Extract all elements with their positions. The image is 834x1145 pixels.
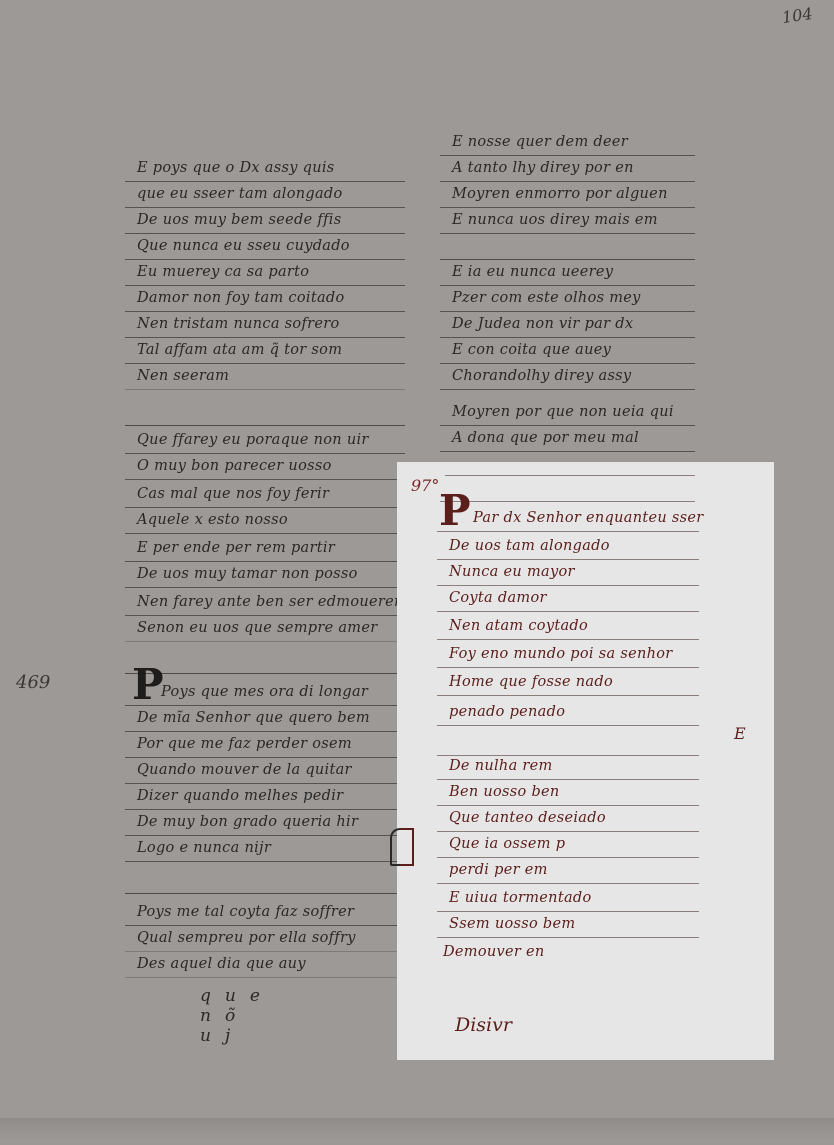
verse-line: Quando mouver de la quitar	[125, 758, 405, 784]
verse-line: Demouver en	[431, 940, 693, 966]
verse-line: Damor non foy tam coitado	[125, 286, 405, 312]
folio-number: 104	[781, 4, 814, 27]
poem-number: 97°	[411, 476, 439, 495]
verse-line: De uos muy tamar non posso	[125, 562, 405, 588]
verse-line: E ia eu nunca ueerey	[440, 260, 695, 286]
verse-line: Foy eno mundo poi sa senhor	[437, 642, 699, 668]
ruled-line	[125, 648, 405, 674]
verse-line: De uos tam alongado	[437, 534, 699, 560]
verse-line: Qual sempreu por ella soffry	[125, 926, 405, 952]
verse-line: E poys que o Dx assy quis	[125, 156, 405, 182]
verse-line: Ben uosso ben	[437, 780, 699, 806]
ruled-line	[440, 234, 695, 260]
verse-line: Eu muerey ca sa parto	[125, 260, 405, 286]
verse-line: E per ende per rem partir	[125, 536, 405, 562]
verse-line: A tanto lhy direy por en	[440, 156, 695, 182]
verse-line: Aquele x esto nosso	[125, 508, 405, 534]
verse-line: Que ia ossem p	[437, 832, 699, 858]
verse-line: Cas mal que nos foy ferir	[125, 482, 405, 508]
verse-line: Moyren por que non ueia qui	[440, 400, 695, 426]
verse-line: Nen seeram	[125, 364, 405, 390]
verse-line: E nunca uos direy mais em	[440, 208, 695, 234]
verse-line: Ssem uosso bem	[437, 912, 699, 938]
verse-line: Home que fosse nado	[437, 670, 699, 696]
bracket-mark-right	[400, 828, 414, 866]
verse-line: E con coita que auey	[440, 338, 695, 364]
verse-line: Senon eu uos que sempre amer	[125, 616, 405, 642]
verse-line: Pzer com este olhos mey	[440, 286, 695, 312]
verse-line: Poys me tal coyta faz soffrer	[125, 900, 405, 926]
verse-line: Moyren enmorro por alguen	[440, 182, 695, 208]
ruled-line	[437, 730, 699, 756]
verse-line: Poys que mes ora di longar	[125, 680, 405, 706]
verse-line: Que tanteo deseiado	[437, 806, 699, 832]
catchword: que nõ uj	[200, 986, 274, 1046]
ruled-line	[125, 868, 405, 894]
verse-line: De mĩa Senhor que quero bem	[125, 706, 405, 732]
verse-line: De uos muy bem seede ffis	[125, 208, 405, 234]
verse-line: E nosse quer dem deer	[440, 130, 695, 156]
verse-line: Chorandolhy direy assy	[440, 364, 695, 390]
manuscript-page: 104 469 E poys que o Dx assy quis que eu…	[0, 0, 834, 1138]
margin-note: 469	[16, 672, 50, 693]
verse-line: E uiua tormentado	[437, 886, 699, 912]
verse-line: Par dx Senhor enquanteu sser	[437, 506, 699, 532]
highlighted-poem-region: 97° P Par dx Senhor enquanteu sser De uo…	[397, 462, 774, 1060]
ruled-line	[445, 462, 695, 476]
ruled-line	[440, 482, 695, 502]
verse-line: O muy bon parecer uosso	[125, 454, 405, 480]
verse-line: De nulha rem	[437, 754, 699, 780]
verse-line: penado penado	[437, 700, 699, 726]
signature: Disivr	[455, 1014, 512, 1036]
verse-line: Dizer quando melhes pedir	[125, 784, 405, 810]
verse-line: Que nunca eu sseu cuydado	[125, 234, 405, 260]
verse-line: perdi per em	[437, 858, 699, 884]
page-edge	[0, 1118, 834, 1138]
verse-line: Que ffarey eu poraque non uir	[125, 428, 405, 454]
verse-line: Nen farey ante ben ser edmouerer	[125, 590, 405, 616]
verse-line: Coyta damor	[437, 586, 699, 612]
verse-line: De muy bon grado queria hir	[125, 810, 405, 836]
ruled-line	[125, 400, 405, 426]
verse-line: A dona que por meu mal	[440, 426, 695, 452]
verse-line: Nunca eu mayor	[437, 560, 699, 586]
verse-line: Por que me faz perder osem	[125, 732, 405, 758]
verse-line: Des aquel dia que auy	[125, 952, 405, 978]
verse-line: Nen tristam nunca sofrero	[125, 312, 405, 338]
verse-line: Logo e nunca nijr	[125, 836, 405, 862]
verse-line: Nen atam coytado	[437, 614, 699, 640]
verse-line: Tal affam ata am q̃ tor som	[125, 338, 405, 364]
marginal-mark: E	[734, 724, 746, 743]
verse-line: que eu sseer tam alongado	[125, 182, 405, 208]
verse-line: De Judea non vir par dx	[440, 312, 695, 338]
